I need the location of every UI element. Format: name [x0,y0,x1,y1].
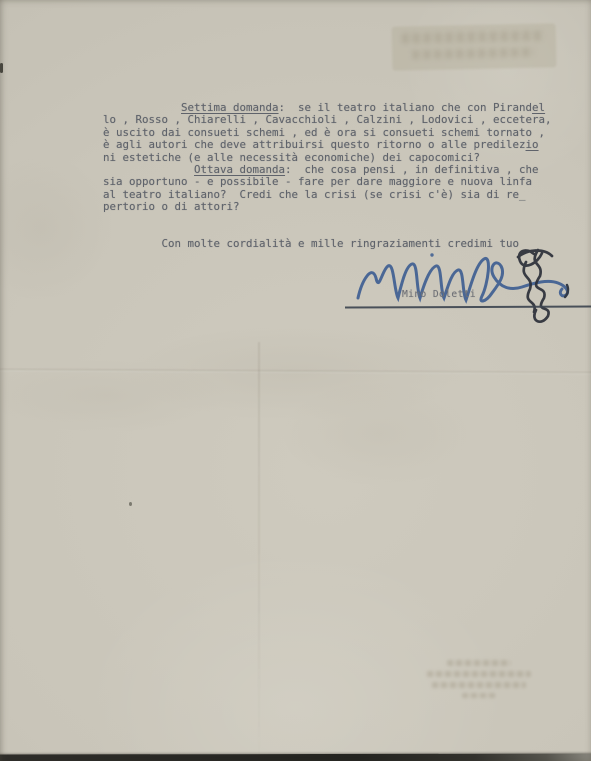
stamp-line [447,660,511,666]
letter-line: pertorio o di attori? [103,201,552,213]
stamp-line [462,693,496,698]
bleedthrough-stamp-top [392,23,557,70]
ink-speck [129,502,132,506]
scan-edge-bottom [0,753,591,761]
stamp-line [402,31,544,44]
fold-crease-vertical [258,342,260,761]
letter-body: Settima domanda: se il teatro italiano c… [103,102,552,214]
scan-speck-left [0,63,3,73]
signature-i-dot [430,253,433,256]
stamp-line [412,48,534,60]
stamp-line [427,671,531,677]
fold-crease-horizontal [0,368,591,374]
typed-name: Mino Doletti [402,289,476,300]
stamp-line [432,682,526,688]
letter-page: Settima domanda: se il teatro italiano c… [0,0,591,761]
bleedthrough-stamp-bottom [420,660,538,706]
